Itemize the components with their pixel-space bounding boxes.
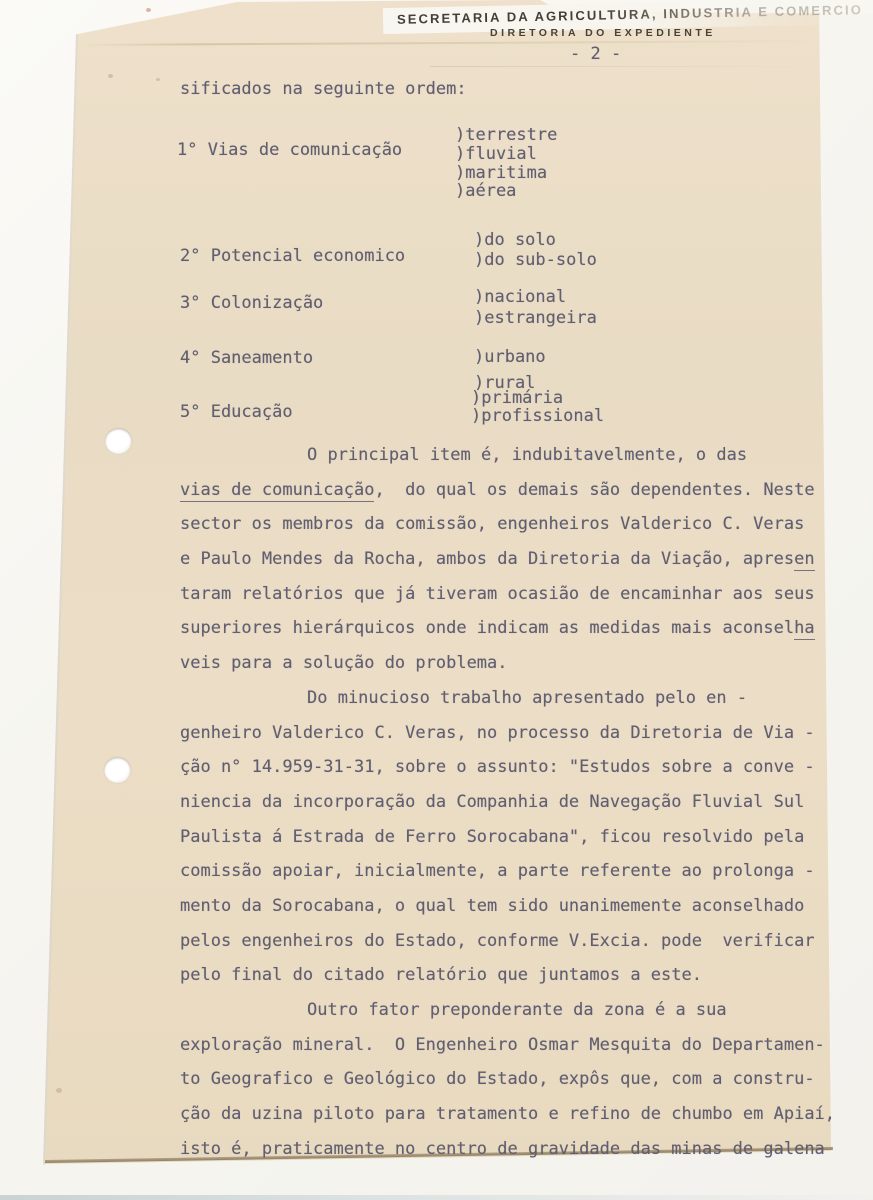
scanned-document-page: SECRETARIA DA AGRICULTURA, INDUSTRIA E C… bbox=[0, 0, 873, 1200]
underlined-text: en bbox=[794, 549, 814, 571]
intro-line: sificados na seguinte ordem: bbox=[180, 79, 467, 99]
text-segment: e Paulo Mendes da Rocha, ambos da Direto… bbox=[180, 549, 794, 569]
classification-options: )nacional)estrangeira bbox=[474, 287, 597, 329]
text-segment: O principal item é, indubitavelmente, o … bbox=[307, 445, 747, 465]
body-line: niencia da incorporação da Companhia de … bbox=[180, 785, 848, 820]
body-line: exploração mineral. O Engenheiro Osmar M… bbox=[180, 1028, 848, 1063]
text-segment: taram relatórios que já tiveram ocasião … bbox=[180, 584, 815, 604]
classification-option: )nacional bbox=[474, 287, 597, 308]
text-segment: niencia da incorporação da Companhia de … bbox=[180, 792, 804, 812]
underlined-text: vias de comunicação bbox=[180, 480, 374, 502]
text-segment: pelos engenheiros do Estado, conforme V.… bbox=[180, 931, 815, 951]
classification-label: 5° Educação bbox=[180, 402, 293, 422]
classification-option: )terrestre bbox=[455, 126, 557, 145]
text-segment: veis para a solução do problema. bbox=[180, 653, 508, 673]
body-line: genheiro Valderico C. Veras, no processo… bbox=[180, 716, 848, 751]
body-line: isto é, praticamente no centro de gravid… bbox=[180, 1132, 848, 1167]
text-segment: Do minucioso trabalho apresentado pelo e… bbox=[307, 688, 747, 708]
classification-label: 4° Saneamento bbox=[180, 348, 313, 368]
body-line: ção n° 14.959-31-31, sobre o assunto: "E… bbox=[180, 750, 848, 785]
body-line: Paulista á Estrada de Ferro Sorocabana",… bbox=[180, 820, 848, 855]
text-segment: genheiro Valderico C. Veras, no processo… bbox=[180, 723, 815, 743]
body-line: e Paulo Mendes da Rocha, ambos da Direto… bbox=[180, 542, 848, 577]
punch-hole bbox=[104, 757, 131, 783]
classification-option: )fluvial bbox=[455, 145, 557, 164]
body-line: mento da Sorocabana, o qual tem sido una… bbox=[180, 889, 848, 924]
paper-speck bbox=[56, 1088, 62, 1093]
classification-option: )maritima bbox=[455, 164, 557, 183]
classification-label: 3° Colonização bbox=[180, 293, 323, 313]
text-segment: Outro fator preponderante da zona é a su… bbox=[307, 1000, 727, 1020]
text-segment: , do qual os demais são dependentes. Nes… bbox=[374, 480, 814, 500]
classification-option: )do sub-solo bbox=[474, 251, 597, 271]
body-line: superiores hierárquicos onde indicam as … bbox=[180, 611, 848, 646]
body-line: Do minucioso trabalho apresentado pelo e… bbox=[180, 681, 848, 716]
body-line: pelos engenheiros do Estado, conforme V.… bbox=[180, 924, 848, 959]
body-line: ção da uzina piloto para tratamento e re… bbox=[180, 1097, 848, 1132]
text-segment: sector os membros da comissão, engenheir… bbox=[180, 514, 804, 534]
letterhead-line2: DIRETORIA DO EXPEDIENTE bbox=[490, 27, 716, 39]
body-line: to Geografico e Geológico do Estado, exp… bbox=[180, 1062, 848, 1097]
classification-options: )terrestre)fluvial)maritima)aérea bbox=[455, 126, 557, 201]
paper-speck bbox=[108, 74, 113, 78]
body-line: veis para a solução do problema. bbox=[180, 646, 848, 681]
classification-options: )primária)profissional bbox=[471, 390, 604, 425]
body-line: pelo final do citado relatório que junta… bbox=[180, 958, 848, 993]
classification-option: )aérea bbox=[455, 182, 557, 201]
text-segment: pelo final do citado relatório que junta… bbox=[180, 965, 702, 985]
body-line: O principal item é, indubitavelmente, o … bbox=[180, 438, 848, 473]
text-segment: comissão apoiar, inicialmente, a parte r… bbox=[180, 861, 815, 881]
classification-option: )do solo bbox=[474, 231, 597, 251]
text-segment: exploração mineral. O Engenheiro Osmar M… bbox=[180, 1035, 825, 1055]
classification-label: 1° Vias de comunicação bbox=[177, 140, 402, 160]
text-segment: superiores hierárquicos onde indicam as … bbox=[180, 618, 794, 638]
classification-option: )urbano bbox=[474, 344, 546, 370]
body-line: taram relatórios que já tiveram ocasião … bbox=[180, 577, 848, 612]
letterhead-line1: SECRETARIA DA AGRICULTURA, INDUSTRIA E C… bbox=[397, 2, 863, 27]
classification-option: )profissional bbox=[471, 408, 604, 426]
body-line: comissão apoiar, inicialmente, a parte r… bbox=[180, 854, 848, 889]
page-number: - 2 - bbox=[570, 44, 621, 64]
body-line: Outro fator preponderante da zona é a su… bbox=[180, 993, 848, 1028]
paper-crease bbox=[430, 66, 830, 67]
scanner-edge-strip bbox=[0, 1195, 873, 1200]
classification-label: 2° Potencial economico bbox=[180, 246, 405, 266]
punch-hole bbox=[105, 428, 132, 454]
classification-option: )primária bbox=[471, 390, 604, 408]
paper-speck bbox=[156, 78, 160, 81]
classification-options: )do solo)do sub-solo bbox=[474, 231, 597, 270]
body-line: vias de comunicação, do qual os demais s… bbox=[180, 473, 848, 508]
text-segment: ção n° 14.959-31-31, sobre o assunto: "E… bbox=[180, 757, 815, 777]
text-segment: to Geografico e Geológico do Estado, exp… bbox=[180, 1069, 815, 1089]
text-segment: mento da Sorocabana, o qual tem sido una… bbox=[180, 896, 804, 916]
paper-speck bbox=[146, 8, 151, 12]
text-segment: isto é, praticamente no centro de gravid… bbox=[180, 1139, 825, 1159]
body-text: O principal item é, indubitavelmente, o … bbox=[180, 438, 848, 1166]
classification-option: )estrangeira bbox=[474, 308, 597, 329]
body-line: sector os membros da comissão, engenheir… bbox=[180, 507, 848, 542]
text-segment: Paulista á Estrada de Ferro Sorocabana",… bbox=[180, 827, 804, 847]
text-segment: ção da uzina piloto para tratamento e re… bbox=[180, 1104, 835, 1124]
underlined-text: ha bbox=[794, 618, 814, 640]
